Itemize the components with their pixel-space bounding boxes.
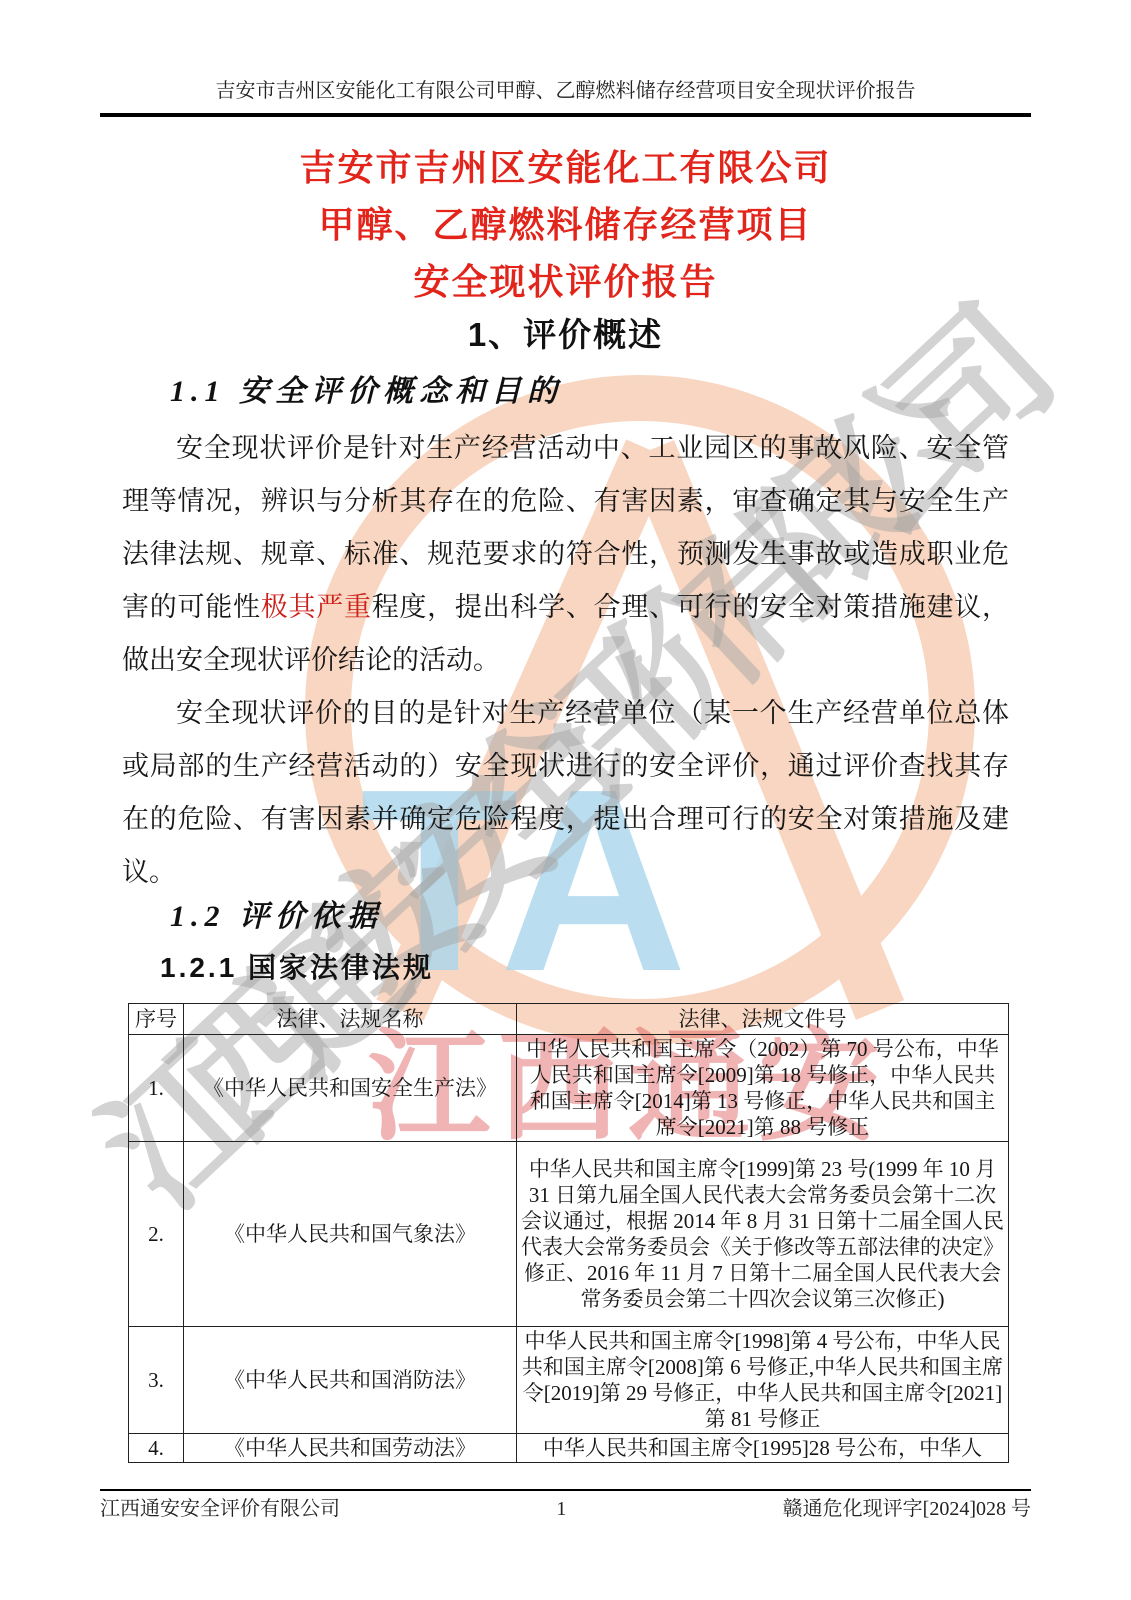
law-doc-number: 中华人民共和国主席令（2002）第 70 号公布，中华人民共和国主席令[2009… (517, 1035, 1009, 1142)
law-name: 《中华人民共和国气象法》 (184, 1142, 517, 1327)
paragraph-2: 安全现状评价的目的是针对生产经营单位（某一个生产经营单位总体或局部的生产经营活动… (122, 687, 1009, 899)
running-header: 吉安市吉州区安能化工有限公司甲醇、乙醇燃料储存经营项目安全现状评价报告 (100, 0, 1031, 104)
document-page: TA 江西通安安全评价有限公司 江西通安 吉安市吉州区安能化工有限公司甲醇、乙醇… (0, 0, 1131, 1600)
report-title-line-3: 安全现状评价报告 (100, 253, 1031, 310)
report-title-line-2: 甲醇、乙醇燃料储存经营项目 (100, 196, 1031, 253)
laws-table-header-row: 序号 法律、法规名称 法律、法规文件号 (129, 1004, 1009, 1035)
footer-rule (100, 1489, 1031, 1491)
table-row: 1. 《中华人民共和国安全生产法》 中华人民共和国主席令（2002）第 70 号… (129, 1035, 1009, 1142)
law-doc-number: 中华人民共和国主席令[1995]28 号公布，中华人 (517, 1434, 1009, 1463)
paragraph-1: 安全现状评价是针对生产经营活动中、工业园区的事故风险、安全管理等情况，辨识与分析… (122, 422, 1009, 687)
report-title-line-1: 吉安市吉州区安能化工有限公司 (100, 139, 1031, 196)
row-index: 3. (129, 1327, 184, 1434)
law-name: 《中华人民共和国劳动法》 (184, 1434, 517, 1463)
table-row: 3. 《中华人民共和国消防法》 中华人民共和国主席令[1998]第 4 号公布，… (129, 1327, 1009, 1434)
section-1-1-heading: 1.1 安全评价概念和目的 (170, 374, 1031, 410)
col-header-law-name: 法律、法规名称 (184, 1004, 517, 1035)
section-1-2-heading: 1.2 评价依据 (170, 899, 1031, 935)
col-header-index: 序号 (129, 1004, 184, 1035)
report-title: 吉安市吉州区安能化工有限公司 甲醇、乙醇燃料储存经营项目 安全现状评价报告 (100, 139, 1031, 310)
row-index: 4. (129, 1434, 184, 1463)
law-doc-number: 中华人民共和国主席令[1998]第 4 号公布，中华人民共和国主席令[2008]… (517, 1327, 1009, 1434)
col-header-doc-number: 法律、法规文件号 (517, 1004, 1009, 1035)
section-1-heading: 1、评价概述 (100, 313, 1031, 357)
law-name: 《中华人民共和国安全生产法》 (184, 1035, 517, 1142)
page-footer: 江西通安安全评价有限公司 1 赣通危化现评字[2024]028 号 (100, 1496, 1031, 1522)
row-index: 1. (129, 1035, 184, 1142)
law-doc-number: 中华人民共和国主席令[1999]第 23 号(1999 年 10 月 31 日第… (517, 1142, 1009, 1327)
page-content: 吉安市吉州区安能化工有限公司甲醇、乙醇燃料储存经营项目安全现状评价报告 吉安市吉… (0, 0, 1131, 1522)
table-row: 4. 《中华人民共和国劳动法》 中华人民共和国主席令[1995]28 号公布，中… (129, 1434, 1009, 1463)
header-rule (100, 113, 1031, 117)
table-row: 2. 《中华人民共和国气象法》 中华人民共和国主席令[1999]第 23 号(1… (129, 1142, 1009, 1327)
footer-company: 江西通安安全评价有限公司 (100, 1496, 340, 1522)
footer-page-number: 1 (556, 1496, 566, 1522)
paragraph-1-red-phrase: 极其严重 (261, 592, 372, 622)
footer-doc-number: 赣通危化现评字[2024]028 号 (783, 1496, 1031, 1522)
laws-table: 序号 法律、法规名称 法律、法规文件号 1. 《中华人民共和国安全生产法》 中华… (128, 1003, 1009, 1463)
row-index: 2. (129, 1142, 184, 1327)
law-name: 《中华人民共和国消防法》 (184, 1327, 517, 1434)
section-1-2-1-heading: 1.2.1 国家法律法规 (160, 949, 1031, 987)
